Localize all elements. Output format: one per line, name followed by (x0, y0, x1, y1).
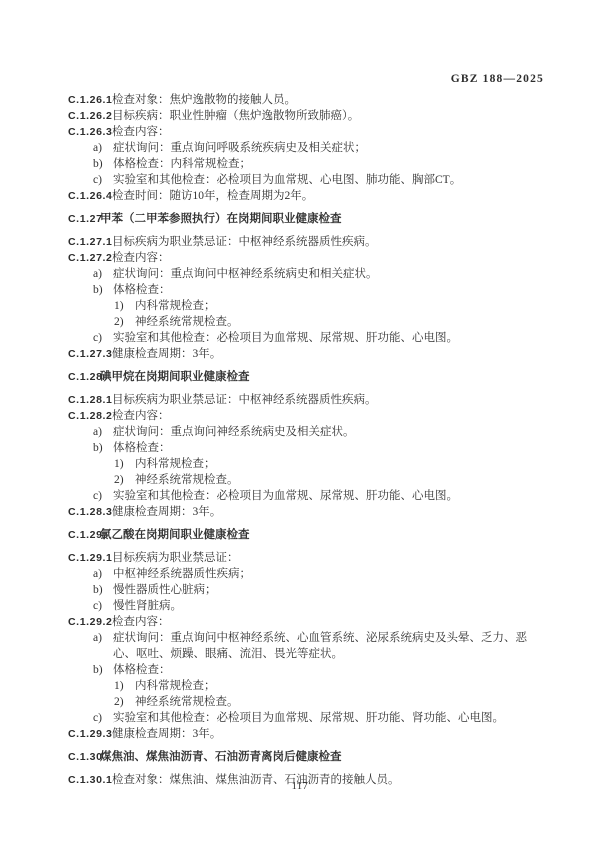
list-marker: b) (93, 662, 113, 678)
clause-number: C.1.27.2 (68, 250, 112, 266)
clause-number: C.1.26.2 (68, 108, 112, 124)
clause-text: 目标疾病为职业禁忌证： (112, 550, 546, 566)
sub-list-item-1: 1)内科常规检查； (114, 456, 546, 472)
running-header-standard-code: GBZ 188—2025 (451, 73, 544, 85)
clause-text: 目标疾病为职业禁忌证：中枢神经系统器质性疾病。 (112, 392, 546, 408)
clause-c-1-27-2: C.1.27.2检查内容： (68, 250, 546, 266)
list-item-b: b)体格检查： (93, 662, 546, 678)
list-item-text: 实验室和其他检查：必检项目为血常规、尿常规、肝功能、心电图。 (113, 488, 546, 504)
list-item-a: a)症状询问：重点询问呼吸系统疾病史及相关症状； (93, 140, 546, 156)
list-item-text: 体格检查： (113, 282, 546, 298)
sub-list-marker: 2) (114, 694, 135, 710)
clause-number: C.1.27.1 (68, 234, 112, 250)
document-body: C.1.26.1检查对象：焦炉逸散物的接触人员。 C.1.26.2目标疾病：职业… (68, 92, 546, 788)
list-item-a: a)症状询问：重点询问中枢神经系统、心血管系统、泌尿系统病史及头晕、乏力、恶心、… (93, 630, 546, 662)
sub-list-item-text: 内科常规检查； (135, 456, 546, 472)
list-item-text: 体格检查：内科常规检查； (113, 156, 546, 172)
list-marker: b) (93, 282, 113, 298)
section-heading-c-1-30: C.1.30煤焦油、煤焦油沥青、石油沥青离岗后健康检查 (68, 749, 546, 765)
section-heading-c-1-27: C.1.27甲苯（二甲苯参照执行）在岗期间职业健康检查 (68, 211, 546, 227)
list-item-b: b)体格检查：内科常规检查； (93, 156, 546, 172)
sub-list-item-text: 内科常规检查； (135, 678, 546, 694)
list-item-text: 症状询问：重点询问中枢神经系统、心血管系统、泌尿系统病史及头晕、乏力、恶心、呕吐… (113, 630, 546, 662)
sub-list-marker: 2) (114, 472, 135, 488)
list-item-c: c)实验室和其他检查：必检项目为血常规、尿常规、肝功能、肾功能、心电图。 (93, 710, 546, 726)
clause-number: C.1.26.4 (68, 188, 112, 204)
list-item-c: c)慢性肾脏病。 (93, 598, 546, 614)
section-heading-c-1-29: C.1.29氯乙酸在岗期间职业健康检查 (68, 527, 546, 543)
clause-text: 检查内容： (112, 408, 546, 424)
clause-text: 检查时间：随访10年，检查周期为2年。 (112, 188, 546, 204)
list-item-a: a)症状询问：重点询问神经系统病史及相关症状。 (93, 424, 546, 440)
clause-text: 检查内容： (112, 124, 546, 140)
sub-list-marker: 2) (114, 314, 135, 330)
section-number: C.1.30 (68, 749, 100, 765)
clause-number: C.1.29.2 (68, 614, 112, 630)
clause-number: C.1.27.3 (68, 346, 112, 362)
list-marker: a) (93, 424, 113, 440)
clause-c-1-26-1: C.1.26.1检查对象：焦炉逸散物的接触人员。 (68, 92, 546, 108)
list-item-text: 慢性器质性心脏病； (113, 582, 546, 598)
clause-number: C.1.29.3 (68, 726, 112, 742)
list-item-text: 症状询问：重点询问呼吸系统疾病史及相关症状； (113, 140, 546, 156)
list-item-text: 实验室和其他检查：必检项目为血常规、尿常规、肝功能、肾功能、心电图。 (113, 710, 546, 726)
section-heading-c-1-28: C.1.28碘甲烷在岗期间职业健康检查 (68, 369, 546, 385)
sub-list-marker: 1) (114, 678, 135, 694)
clause-c-1-28-2: C.1.28.2检查内容： (68, 408, 546, 424)
sub-list-item-text: 神经系统常规检查。 (135, 472, 546, 488)
clause-number: C.1.28.3 (68, 504, 112, 520)
list-marker: b) (93, 582, 113, 598)
list-marker: c) (93, 598, 113, 614)
sub-list-item-text: 内科常规检查； (135, 298, 546, 314)
sub-list-item-2: 2)神经系统常规检查。 (114, 694, 546, 710)
list-item-text: 慢性肾脏病。 (113, 598, 546, 614)
section-title: 碘甲烷在岗期间职业健康检查 (100, 369, 546, 385)
section-title: 甲苯（二甲苯参照执行）在岗期间职业健康检查 (100, 211, 546, 227)
section-number: C.1.27 (68, 211, 100, 227)
clause-c-1-26-4: C.1.26.4检查时间：随访10年，检查周期为2年。 (68, 188, 546, 204)
list-marker: c) (93, 172, 113, 188)
clause-c-1-27-1: C.1.27.1目标疾病为职业禁忌证：中枢神经系统器质性疾病。 (68, 234, 546, 250)
sub-list-item-1: 1)内科常规检查； (114, 678, 546, 694)
clause-text: 健康检查周期：3年。 (112, 346, 546, 362)
list-item-b: b)体格检查： (93, 440, 546, 456)
clause-text: 检查对象：焦炉逸散物的接触人员。 (112, 92, 546, 108)
list-item-text: 体格检查： (113, 440, 546, 456)
clause-c-1-28-3: C.1.28.3健康检查周期：3年。 (68, 504, 546, 520)
sub-list-item-text: 神经系统常规检查。 (135, 314, 546, 330)
list-item-text: 症状询问：重点询问神经系统病史及相关症状。 (113, 424, 546, 440)
clause-c-1-28-1: C.1.28.1目标疾病为职业禁忌证：中枢神经系统器质性疾病。 (68, 392, 546, 408)
clause-c-1-27-3: C.1.27.3健康检查周期：3年。 (68, 346, 546, 362)
sub-list-item-2: 2)神经系统常规检查。 (114, 472, 546, 488)
list-item-text: 症状询问：重点询问中枢神经系统病史和相关症状。 (113, 266, 546, 282)
clause-text: 健康检查周期：3年。 (112, 504, 546, 520)
clause-c-1-26-3: C.1.26.3检查内容： (68, 124, 546, 140)
list-item-text: 实验室和其他检查：必检项目为血常规、心电图、肺功能、胸部CT。 (113, 172, 546, 188)
section-title: 氯乙酸在岗期间职业健康检查 (100, 527, 546, 543)
list-item-c: c)实验室和其他检查：必检项目为血常规、心电图、肺功能、胸部CT。 (93, 172, 546, 188)
page-number: 117 (0, 781, 600, 792)
clause-c-1-29-3: C.1.29.3健康检查周期：3年。 (68, 726, 546, 742)
clause-c-1-29-1: C.1.29.1目标疾病为职业禁忌证： (68, 550, 546, 566)
sub-list-item-1: 1)内科常规检查； (114, 298, 546, 314)
list-item-text: 中枢神经系统器质性疾病； (113, 566, 546, 582)
list-marker: a) (93, 140, 113, 156)
section-number: C.1.29 (68, 527, 100, 543)
list-marker: b) (93, 156, 113, 172)
list-marker: c) (93, 710, 113, 726)
sub-list-marker: 1) (114, 456, 135, 472)
list-item-text: 体格检查： (113, 662, 546, 678)
clause-number: C.1.26.1 (68, 92, 112, 108)
list-item-text: 实验室和其他检查：必检项目为血常规、尿常规、肝功能、心电图。 (113, 330, 546, 346)
clause-text: 检查内容： (112, 614, 546, 630)
clause-c-1-26-2: C.1.26.2目标疾病：职业性肿瘤（焦炉逸散物所致肺癌）。 (68, 108, 546, 124)
clause-text: 检查内容： (112, 250, 546, 266)
clause-text: 健康检查周期：3年。 (112, 726, 546, 742)
section-number: C.1.28 (68, 369, 100, 385)
section-title: 煤焦油、煤焦油沥青、石油沥青离岗后健康检查 (100, 749, 546, 765)
list-item-b: b)慢性器质性心脏病； (93, 582, 546, 598)
clause-c-1-29-2: C.1.29.2检查内容： (68, 614, 546, 630)
list-marker: a) (93, 566, 113, 582)
sub-list-marker: 1) (114, 298, 135, 314)
list-item-a: a)中枢神经系统器质性疾病； (93, 566, 546, 582)
list-marker: a) (93, 266, 113, 282)
list-marker: c) (93, 330, 113, 346)
document-page: GBZ 188—2025 C.1.26.1检查对象：焦炉逸散物的接触人员。 C.… (0, 0, 600, 848)
clause-number: C.1.29.1 (68, 550, 112, 566)
list-marker: a) (93, 630, 113, 662)
clause-number: C.1.26.3 (68, 124, 112, 140)
clause-number: C.1.28.1 (68, 392, 112, 408)
sub-list-item-2: 2)神经系统常规检查。 (114, 314, 546, 330)
sub-list-item-text: 神经系统常规检查。 (135, 694, 546, 710)
list-marker: b) (93, 440, 113, 456)
list-item-b: b)体格检查： (93, 282, 546, 298)
list-item-a: a)症状询问：重点询问中枢神经系统病史和相关症状。 (93, 266, 546, 282)
list-marker: c) (93, 488, 113, 504)
list-item-c: c)实验室和其他检查：必检项目为血常规、尿常规、肝功能、心电图。 (93, 488, 546, 504)
clause-number: C.1.28.2 (68, 408, 112, 424)
clause-text: 目标疾病为职业禁忌证：中枢神经系统器质性疾病。 (112, 234, 546, 250)
clause-text: 目标疾病：职业性肿瘤（焦炉逸散物所致肺癌）。 (112, 108, 546, 124)
list-item-c: c)实验室和其他检查：必检项目为血常规、尿常规、肝功能、心电图。 (93, 330, 546, 346)
